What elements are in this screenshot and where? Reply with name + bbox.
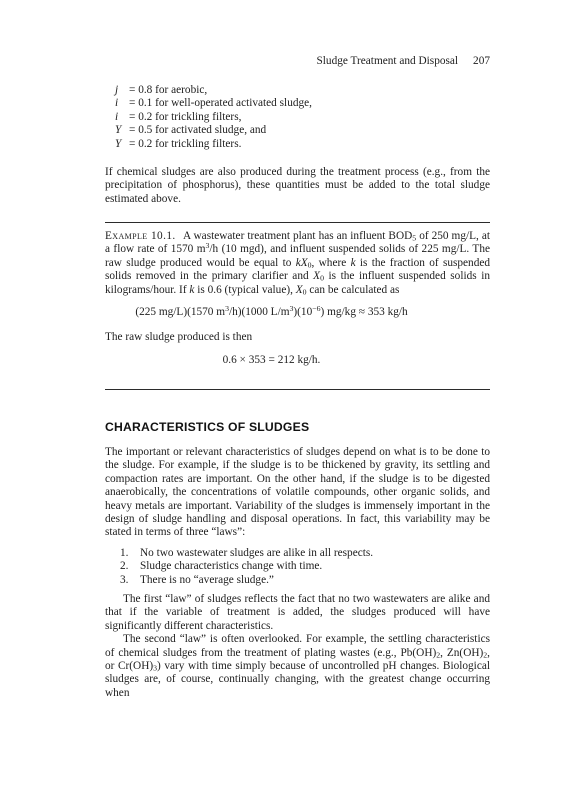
law-text: No two wastewater sludges are alike in a… [140, 547, 373, 560]
variable-row: i = 0.2 for trickling filters, [115, 111, 490, 124]
law-number: 3. [120, 574, 133, 587]
paragraph-first-law: The first “law” of sludges reflects the … [105, 593, 490, 633]
variables-list: j = 0.8 for aerobic, i = 0.1 for well-op… [115, 84, 490, 151]
page-header: Sludge Treatment and Disposal207 [105, 55, 490, 68]
variable-row: Y = 0.2 for trickling filters. [115, 138, 490, 151]
variable-row: Y = 0.5 for activated sludge, and [115, 124, 490, 137]
example-label: Example 10.1. [105, 230, 176, 242]
law-item: 3. There is no “average sludge.” [120, 574, 490, 587]
example-equation-2: 0.6 × 353 = 212 kg/h. [105, 354, 490, 367]
laws-list: 1. No two wastewater sludges are alike i… [105, 547, 490, 587]
variable-definition: = 0.2 for trickling filters, [129, 111, 241, 124]
book-page: Sludge Treatment and Disposal207 j = 0.8… [0, 0, 569, 800]
example-equation-1: (225 mg/L)(1570 m3/h)(1000 L/m3)(10−6) m… [105, 306, 490, 319]
paragraph-chemical-sludges: If chemical sludges are also produced du… [105, 166, 490, 206]
law-item: 1. No two wastewater sludges are alike i… [120, 547, 490, 560]
variable-symbol: j [115, 84, 129, 97]
law-item: 2. Sludge characteristics change with ti… [120, 560, 490, 573]
page-number: 207 [473, 55, 490, 67]
variable-symbol: i [115, 111, 129, 124]
closing-paragraphs: The first “law” of sludges reflects the … [105, 593, 490, 700]
variable-row: i = 0.1 for well-operated activated slud… [115, 97, 490, 110]
law-number: 1. [120, 547, 133, 560]
law-text: There is no “average sludge.” [140, 574, 274, 587]
variable-definition: = 0.1 for well-operated activated sludge… [129, 97, 312, 110]
example-transition: The raw sludge produced is then [105, 331, 490, 344]
law-number: 2. [120, 560, 133, 573]
section-heading: CHARACTERISTICS OF SLUDGES [105, 421, 490, 434]
variable-definition: = 0.8 for aerobic, [129, 84, 207, 97]
variable-definition: = 0.5 for activated sludge, and [129, 124, 266, 137]
law-text: Sludge characteristics change with time. [140, 560, 322, 573]
running-title: Sludge Treatment and Disposal [317, 55, 459, 67]
variable-symbol: Y [115, 124, 129, 137]
variable-row: j = 0.8 for aerobic, [115, 84, 490, 97]
example-divider-top [105, 222, 490, 223]
variable-symbol: i [115, 97, 129, 110]
section-intro-paragraph: The important or relevant characteristic… [105, 446, 490, 540]
variable-symbol: Y [115, 138, 129, 151]
variable-definition: = 0.2 for trickling filters. [129, 138, 241, 151]
example-block: Example 10.1. A wastewater treatment pla… [105, 230, 490, 297]
paragraph-second-law: The second “law” is often overlooked. Fo… [105, 633, 490, 700]
example-divider-bottom [105, 389, 490, 390]
